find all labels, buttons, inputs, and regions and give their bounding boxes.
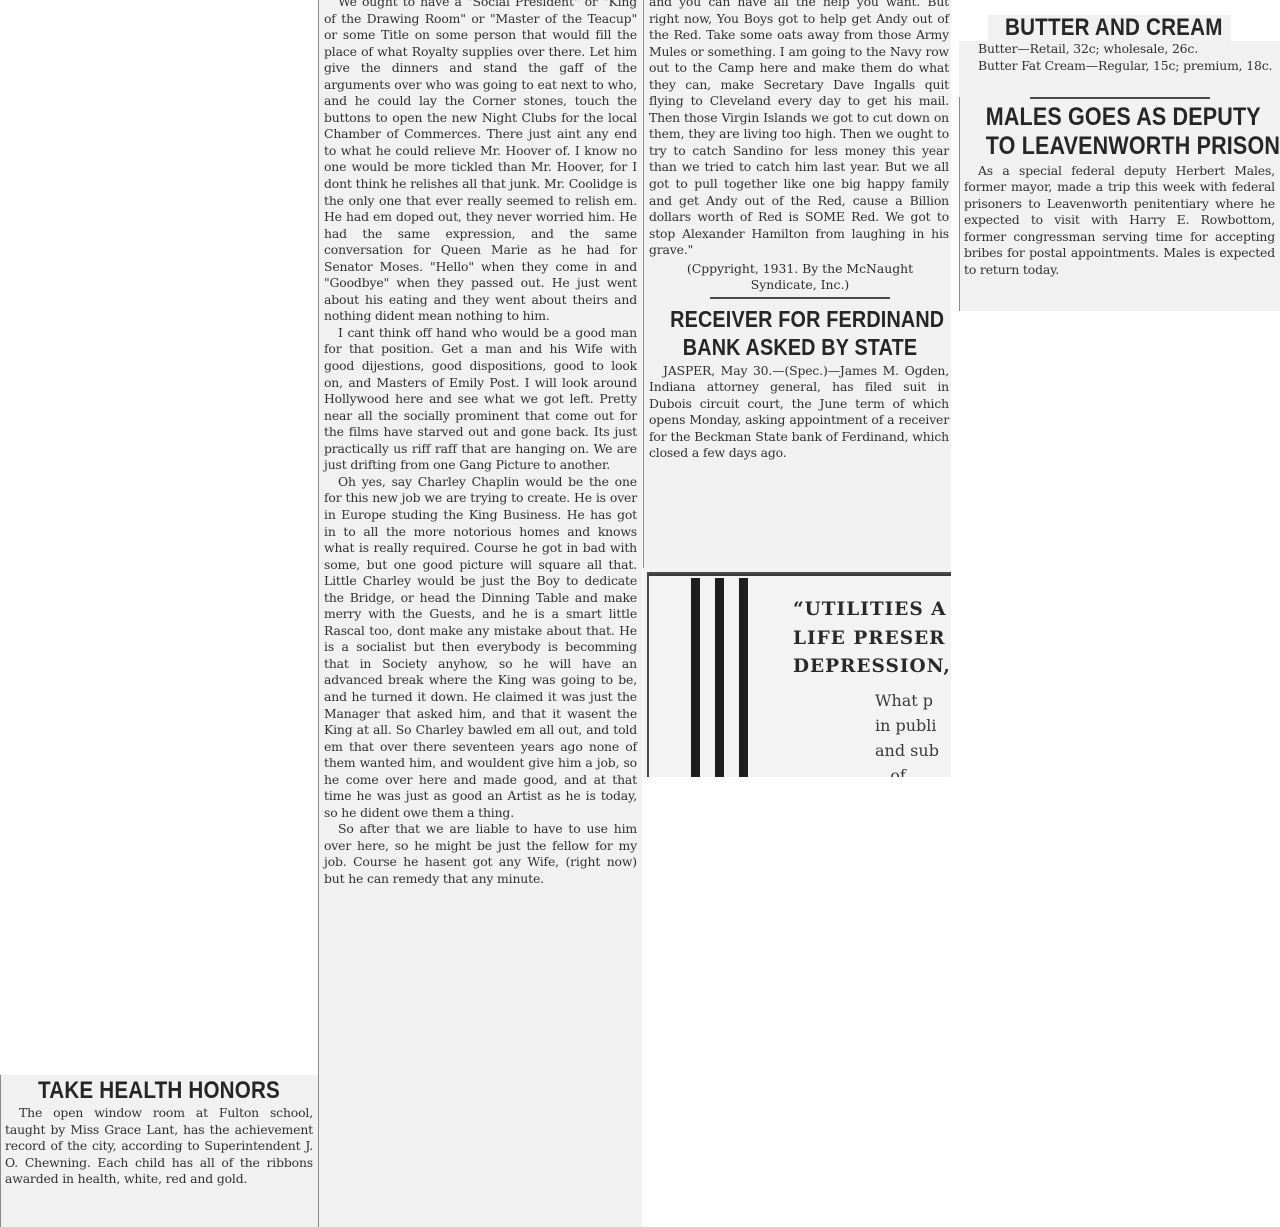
copyright-line: Syndicate, Inc.): [649, 277, 951, 293]
headline: MALES GOES AS DEPUTY: [986, 103, 1253, 132]
paragraph: So after that we are liable to have to u…: [324, 821, 637, 887]
butter-article-headline-box: BUTTER AND CREAM: [988, 15, 1231, 41]
copyright-notice: (Cppyright, 1931. By the McNaught Syndic…: [649, 261, 951, 293]
column-divider: [0, 1075, 1, 1227]
receiver-article: RECEIVER FOR FERDINAND BANK ASKED BY STA…: [649, 305, 951, 462]
continued-letter: and you can have all the help you want. …: [649, 0, 951, 259]
health-article: TAKE HEALTH HONORS The open window room …: [0, 1075, 318, 1227]
article-body: Butter—Retail, 32c; wholesale, 26c. Butt…: [964, 41, 1275, 74]
headline: TAKE HEALTH HONORS: [27, 1076, 292, 1105]
ad-decorative-bar: [739, 578, 748, 777]
price-line: Butter Fat Cream—Regular, 15c; premium, …: [964, 58, 1275, 75]
copyright-line: (Cppyright, 1931. By the McNaught: [649, 261, 951, 277]
paragraph: As a special federal deputy Herbert Male…: [964, 163, 1275, 279]
section-divider: [1030, 97, 1210, 99]
utilities-advertisement: “UTILITIES ALIFE PRESERDEPRESSION,” What…: [643, 568, 951, 777]
ad-decorative-bar: [691, 578, 700, 777]
column-divider: [318, 0, 319, 1227]
paragraph: I cant think off hand who would be a goo…: [324, 325, 637, 474]
article-body: As a special federal deputy Herbert Male…: [964, 163, 1275, 279]
paragraph: and you can have all the help you want. …: [649, 0, 949, 259]
ad-decorative-bar: [715, 578, 724, 777]
ad-title: “UTILITIES ALIFE PRESERDEPRESSION,”: [793, 596, 951, 682]
paragraph: Oh yes, say Charley Chaplin would be the…: [324, 474, 637, 821]
butter-article: Butter—Retail, 32c; wholesale, 26c. Butt…: [959, 41, 1280, 97]
headline: TO LEAVENWORTH PRISON: [986, 132, 1253, 161]
headline: BANK ASKED BY STATE: [670, 333, 930, 361]
headline: BUTTER AND CREAM: [1005, 15, 1214, 41]
males-article: MALES GOES AS DEPUTY TO LEAVENWORTH PRIS…: [959, 97, 1280, 311]
ad-body: What pin publiand sub of: [875, 688, 939, 777]
column-divider: [643, 0, 644, 568]
letter-body: We ought to have a "Social President" or…: [324, 0, 637, 888]
paragraph: The open window room at Fulton school, t…: [5, 1105, 313, 1188]
paragraph: JASPER, May 30.—(Spec.)—James M. Ogden, …: [649, 363, 949, 462]
headline: RECEIVER FOR FERDINAND: [670, 305, 930, 333]
right-column: and you can have all the help you want. …: [643, 0, 951, 568]
paragraph: We ought to have a "Social President" or…: [324, 0, 637, 325]
center-column-article: We ought to have a "Social President" or…: [318, 0, 642, 1227]
article-body: The open window room at Fulton school, t…: [5, 1105, 313, 1188]
column-divider: [959, 97, 960, 311]
price-line: Butter—Retail, 32c; wholesale, 26c.: [964, 41, 1275, 58]
article-body: JASPER, May 30.—(Spec.)—James M. Ogden, …: [649, 363, 951, 462]
section-divider: [710, 297, 890, 299]
